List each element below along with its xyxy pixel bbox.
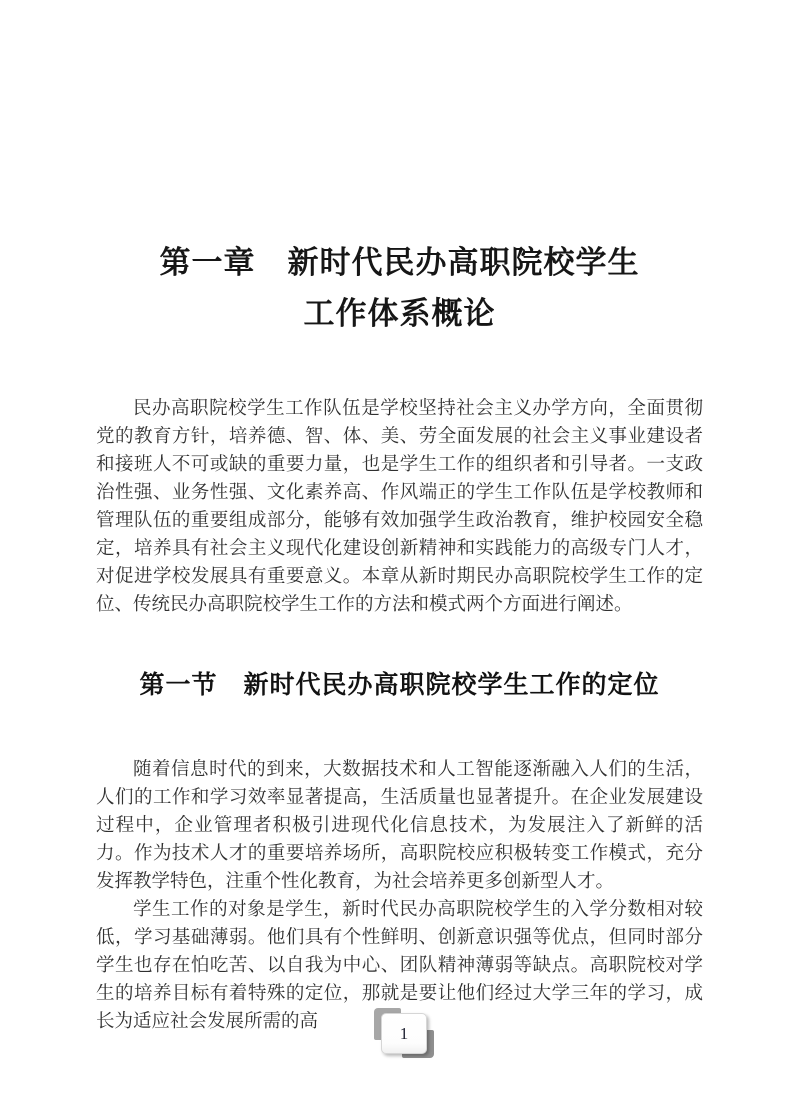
section-paragraph: 随着信息时代的到来，大数据技术和人工智能逐渐融入人们的生活，人们的工作和学习效率… <box>96 756 703 896</box>
page-number-box: 1 <box>381 1013 427 1054</box>
chapter-title-line2: 工作体系概论 <box>0 288 799 339</box>
book-page: 第一章 新时代民办高职院校学生 工作体系概论 民办高职院校学生工作队伍是学校坚持… <box>0 0 799 1118</box>
section-body: 随着信息时代的到来，大数据技术和人工智能逐渐融入人们的生活，人们的工作和学习效率… <box>96 756 703 1036</box>
page-number-badge: 1 <box>374 1008 434 1058</box>
chapter-title-line1: 第一章 新时代民办高职院校学生 <box>0 237 799 288</box>
chapter-intro: 民办高职院校学生工作队伍是学校坚持社会主义办学方向，全面贯彻党的教育方针，培养德… <box>96 395 703 619</box>
intro-paragraph: 民办高职院校学生工作队伍是学校坚持社会主义办学方向，全面贯彻党的教育方针，培养德… <box>96 395 703 619</box>
page-number: 1 <box>400 1024 409 1044</box>
chapter-title: 第一章 新时代民办高职院校学生 工作体系概论 <box>0 237 799 339</box>
section-title: 第一节 新时代民办高职院校学生工作的定位 <box>0 668 799 702</box>
